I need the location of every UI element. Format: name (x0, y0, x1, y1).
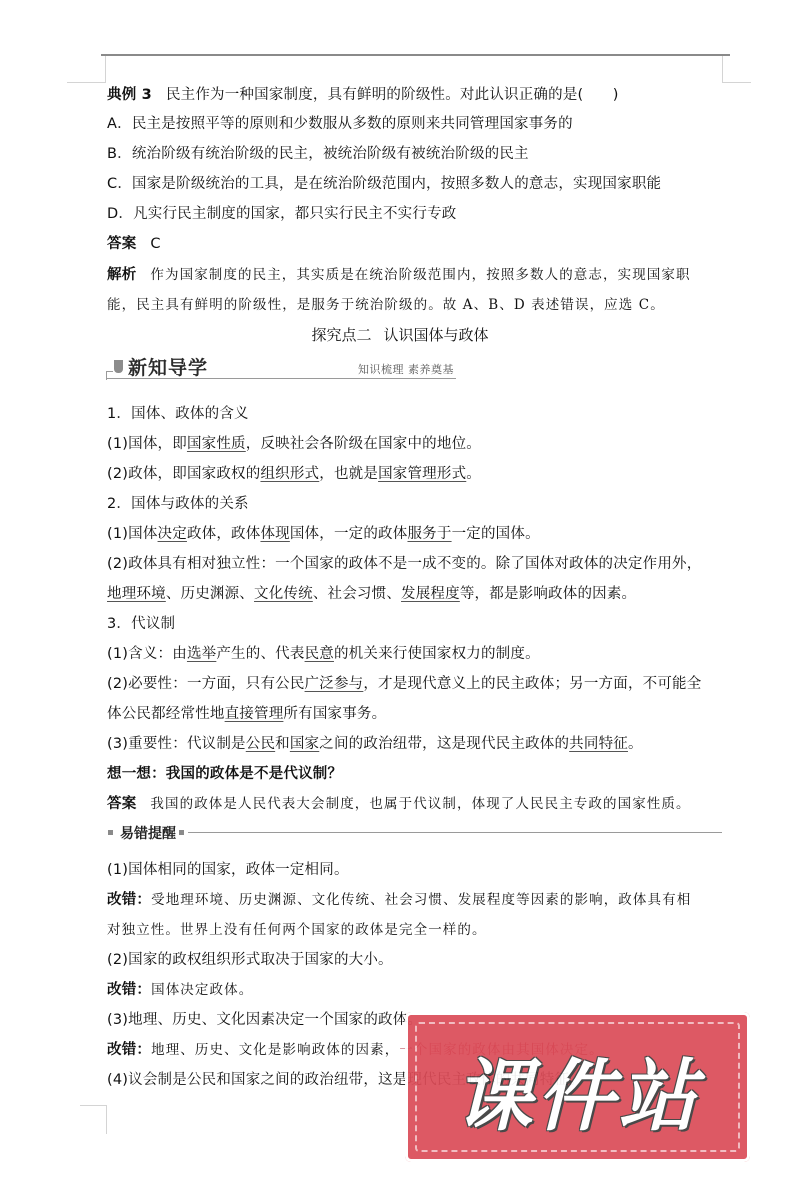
think-question: 想一想：我国的政体是不是代议制？ (107, 764, 342, 784)
blank-answer: 地理环境 (107, 586, 166, 602)
para-3-3: (3)重要性：代议制是公民和国家之间的政治纽带，这是现代民主政体的共同特征。 (107, 734, 643, 754)
text: 一定的国体。 (452, 526, 540, 542)
tips-divider (188, 832, 722, 833)
option-b: B．统治阶级有统治阶级的民主，被统治阶级有被统治阶级的民主 (107, 144, 529, 164)
para-1-1: (1)国体，即国家性质，反映社会各阶级在国家中的地位。 (107, 434, 481, 454)
think-answer-label: 答案 (107, 796, 136, 812)
analysis-row-2: 能，民主具有鲜明的阶级性，是服务于统治阶级的。故 A、B、D 表述错误，应选 C… (107, 295, 665, 315)
text: ，也就是 (319, 466, 378, 482)
answer-row: 答案C (107, 234, 161, 254)
analysis-label: 解析 (107, 267, 136, 283)
blank-answer: 国家性质 (187, 436, 246, 452)
text: (1)国体 (107, 526, 158, 542)
answer-label: 答案 (107, 236, 136, 252)
blank-answer: 公民 (246, 736, 275, 752)
text: 的机关来行使国家权力的制度。 (334, 646, 540, 662)
text: (2)政体，即国家政权的 (107, 466, 260, 482)
option-c: C．国家是阶级统治的工具，是在统治阶级范围内，按照多数人的意志，实现国家职能 (107, 174, 661, 194)
blank-answer: 直接管理 (225, 706, 284, 722)
text: 、社会习惯、 (313, 586, 401, 602)
para-1-2: (2)政体，即国家政权的组织形式，也就是国家管理形式。 (107, 464, 481, 484)
blank-answer: 共同特征 (569, 736, 628, 752)
banner-hook-decoration (106, 371, 113, 380)
example-label: 典例 3 (107, 87, 152, 103)
heading-3: 3．代议制 (107, 614, 175, 634)
fix-label: 改错： (107, 892, 151, 908)
heading-1: 1．国体、政体的含义 (107, 404, 249, 424)
para-2-2-line-2: 地理环境、历史渊源、文化传统、社会习惯、发展程度等，都是影响政体的因素。 (107, 584, 636, 604)
para-2-1: (1)国体决定政体，政体体现国体，一定的政体服务于一定的国体。 (107, 524, 540, 544)
para-3-1: (1)含义：由选举产生的、代表民意的机关来行使国家权力的制度。 (107, 644, 540, 664)
para-3-2-line-2: 体公民都经常性地直接管理所有国家事务。 (107, 704, 386, 724)
text: 。 (466, 466, 481, 482)
think-answer-row: 答案我国的政体是人民代表大会制度，也属于代议制，体现了人民民主专政的国家性质。 (107, 794, 691, 814)
para-2-2-line-1: (2)政体具有相对独立性：一个国家的政体不是一成不变的。除了国体对政体的决定作用… (107, 554, 701, 574)
blank-answer: 服务于 (407, 526, 451, 542)
crop-mark-top-left (67, 56, 106, 83)
blank-answer: 民意 (305, 646, 334, 662)
text: (3)重要性：代议制是 (107, 736, 246, 752)
answer-value: C (150, 236, 160, 252)
fix-text: 受地理环境、历史渊源、文化传统、社会习惯、发展程度等因素的影响，政体具有相 (151, 892, 691, 908)
analysis-text-1: 作为国家制度的民主，其实质是在统治阶级范围内，按照多数人的意志，实现国家职 (150, 267, 690, 283)
watermark-stamp: 课件站 (405, 1012, 750, 1162)
square-bullet-icon (179, 830, 184, 835)
option-d: D．凡实行民主制度的国家，都只实行民主不实行专政 (107, 204, 456, 224)
text: 国体，一定的政体 (290, 526, 408, 542)
section-heading: 探究点二认识国体与政体 (0, 324, 800, 345)
fix-text: 地理、历史、文化是影响政体的因素， (151, 1042, 399, 1058)
blank-answer: 发展程度 (401, 586, 460, 602)
crop-mark-bottom-left (80, 1105, 107, 1134)
banner-title: 新知导学 (128, 353, 208, 380)
para-3-2-line-1: (2)必要性：一方面，只有公民广泛参与，才是现代意义上的民主政体；另一方面，不可… (107, 674, 701, 694)
text: 。 (628, 736, 643, 752)
section-title-text: 认识国体与政体 (384, 326, 489, 344)
blank-answer: 国家 (290, 736, 319, 752)
tip-3-statement: (3)地理、历史、文化因素决定一个国家的政体。 (107, 1010, 422, 1030)
blank-answer: 决定 (158, 526, 187, 542)
tip-1-fix-line-2: 对独立性。世界上没有任何两个国家的政体是完全一样的。 (107, 920, 487, 940)
text: ，才是现代意义上的民主政体；另一方面，不可能全 (363, 676, 701, 692)
example-question-text: 民主作为一种国家制度，具有鲜明的阶级性。对此认识正确的是( ) (166, 87, 619, 103)
think-answer-text: 我国的政体是人民代表大会制度，也属于代议制，体现了人民民主专政的国家性质。 (150, 796, 690, 812)
blank-answer: 选举 (187, 646, 216, 662)
heading-2: 2．国体与政体的关系 (107, 494, 249, 514)
banner-new-knowledge: 新知导学 知识梳理 素养奠基 (106, 352, 456, 379)
blank-answer: 组织形式 (260, 466, 319, 482)
blank-answer: 国家管理形式 (378, 466, 466, 482)
text: 产生的、代表 (216, 646, 304, 662)
blank-answer: 文化传统 (254, 586, 313, 602)
option-a: A．民主是按照平等的原则和少数服从多数的原则来共同管理国家事务的 (107, 114, 573, 134)
example-question: 典例 3民主作为一种国家制度，具有鲜明的阶级性。对此认识正确的是( ) (107, 85, 619, 105)
blank-answer: 广泛参与 (305, 676, 364, 692)
tip-2-fix: 改错：国体决定政体。 (107, 980, 253, 1000)
watermark-text: 课件站 (405, 1034, 750, 1146)
tip-2-statement: (2)国家的政权组织形式取决于国家的大小。 (107, 950, 393, 970)
banner-subtitle: 知识梳理 素养奠基 (358, 361, 454, 377)
text: 所有国家事务。 (283, 706, 386, 722)
fix-label: 改错： (107, 982, 151, 998)
text: 和 (275, 736, 290, 752)
text: ，反映社会各阶级在国家中的地位。 (246, 436, 481, 452)
fix-text: 国体决定政体。 (151, 982, 253, 998)
tips-title: 易错提醒 (120, 823, 176, 843)
section-point: 探究点二 (311, 326, 371, 344)
crop-mark-top-right (722, 56, 751, 83)
text: (2)必要性：一方面，只有公民 (107, 676, 305, 692)
tips-header: 易错提醒 (108, 825, 722, 841)
bookmark-icon (114, 360, 123, 373)
page-top-rule (101, 54, 730, 56)
square-bullet-icon (108, 830, 113, 835)
text: 体公民都经常性地 (107, 706, 225, 722)
text: 、历史渊源、 (166, 586, 254, 602)
text: 等，都是影响政体的因素。 (460, 586, 636, 602)
tip-1-statement: (1)国体相同的国家，政体一定相同。 (107, 860, 349, 880)
blank-answer: 体现 (260, 526, 289, 542)
tip-1-fix-line-1: 改错：受地理环境、历史渊源、文化传统、社会习惯、发展程度等因素的影响，政体具有相 (107, 890, 691, 910)
text: (1)国体，即 (107, 436, 187, 452)
text: 之间的政治纽带，这是现代民主政体的 (319, 736, 569, 752)
text: (1)含义：由 (107, 646, 187, 662)
analysis-row-1: 解析作为国家制度的民主，其实质是在统治阶级范围内，按照多数人的意志，实现国家职 (107, 265, 691, 285)
fix-label: 改错： (107, 1042, 151, 1058)
text: 政体，政体 (187, 526, 261, 542)
